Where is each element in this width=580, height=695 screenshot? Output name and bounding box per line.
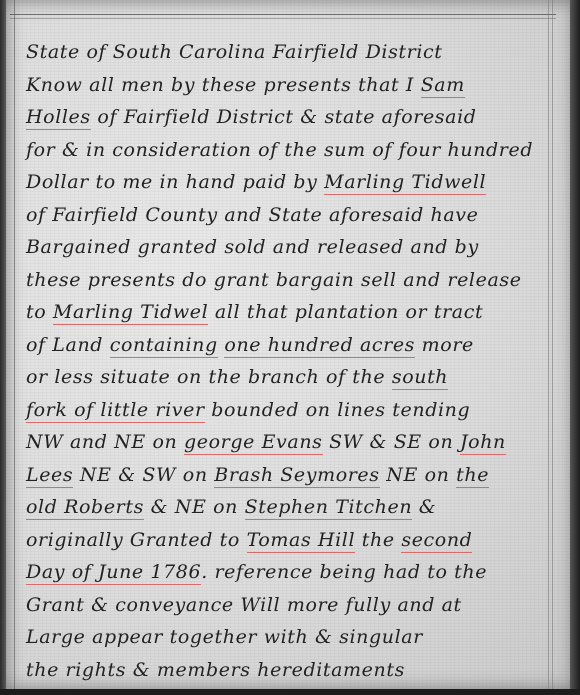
text-segment: all that plantation or tract <box>208 301 483 323</box>
text-line: Day of June 1786. reference being had to… <box>26 556 556 589</box>
text-line: for & in consideration of the sum of fou… <box>26 134 556 167</box>
text-segment: Know all men by these presents that I <box>26 74 421 96</box>
text-segment: the <box>355 529 401 551</box>
scan-right-edge <box>570 0 580 695</box>
text-line: originally Granted to Tomas Hill the sec… <box>26 524 556 557</box>
underlined-name: second <box>401 529 472 553</box>
text-line: or less situate on the branch of the sou… <box>26 361 556 394</box>
text-line: Grant & conveyance Will more fully and a… <box>26 589 556 622</box>
underlined-name: Day of June 1786 <box>26 561 201 585</box>
text-segment: SW & SE on <box>323 431 460 453</box>
underlined-name: containing <box>110 334 218 358</box>
underlined-name: Stephen Titchen <box>245 496 413 520</box>
text-line: Know all men by these presents that I Sa… <box>26 69 556 102</box>
underlined-name: Lees <box>26 464 73 488</box>
text-segment: NE & SW on <box>73 464 214 486</box>
text-line: of Land containing one hundred acres mor… <box>26 329 556 362</box>
text-segment: bounded on lines tending <box>205 399 471 421</box>
text-line: of Fairfield County and State aforesaid … <box>26 199 556 232</box>
scan-bottom-edge <box>0 689 580 695</box>
text-segment: to <box>26 301 53 323</box>
text-segment: Large appear together with & singular <box>26 626 423 648</box>
text-segment: Dollar to me in hand paid by <box>26 171 324 193</box>
text-segment: of Land <box>26 334 110 356</box>
top-ruled-line <box>10 14 556 15</box>
text-segment: or less situate on the branch of the <box>26 366 392 388</box>
text-segment: for & in consideration of the sum of fou… <box>26 139 533 161</box>
text-line: Holles of Fairfield District & state afo… <box>26 101 556 134</box>
text-line: to Marling Tidwel all that plantation or… <box>26 296 556 329</box>
text-segment: Bargained granted sold and released and … <box>26 236 479 258</box>
text-segment: . reference being had to the <box>201 561 487 583</box>
handwritten-text-block: State of South Carolina Fairfield Distri… <box>26 36 556 686</box>
document-page: State of South Carolina Fairfield Distri… <box>6 0 574 690</box>
underlined-name: Tomas Hill <box>247 529 356 553</box>
top-ruled-line-2 <box>10 18 556 19</box>
underlined-name: fork of little river <box>26 399 205 423</box>
text-line: the rights & members hereditaments <box>26 654 556 687</box>
text-segment: of Fairfield District & state aforesaid <box>91 106 477 128</box>
text-line: State of South Carolina Fairfield Distri… <box>26 36 556 69</box>
text-segment: NE on <box>380 464 457 486</box>
underlined-name: Marling Tidwell <box>324 171 486 195</box>
underlined-name: george Evans <box>184 431 323 455</box>
left-margin-rule <box>14 0 15 690</box>
text-line: old Roberts & NE on Stephen Titchen & <box>26 491 556 524</box>
text-segment: Grant & conveyance Will more fully and a… <box>26 594 462 616</box>
text-segment: more <box>415 334 474 356</box>
underlined-name: Brash Seymores <box>214 464 379 488</box>
text-line: Lees NE & SW on Brash Seymores NE on the <box>26 459 556 492</box>
text-segment: of Fairfield County and State aforesaid … <box>26 204 478 226</box>
text-segment: & NE on <box>144 496 245 518</box>
text-line: Dollar to me in hand paid by Marling Tid… <box>26 166 556 199</box>
underlined-name: Marling Tidwel <box>53 301 208 325</box>
underlined-name: Holles <box>26 106 91 130</box>
text-segment: these presents do grant bargain sell and… <box>26 269 522 291</box>
text-segment: State of South Carolina Fairfield Distri… <box>26 41 443 63</box>
text-line: these presents do grant bargain sell and… <box>26 264 556 297</box>
text-segment: NW and NE on <box>26 431 184 453</box>
underlined-name: the <box>456 464 489 488</box>
underlined-name: John <box>460 431 506 455</box>
text-line: Large appear together with & singular <box>26 621 556 654</box>
underlined-name: Sam <box>421 74 465 98</box>
text-line: fork of little river bounded on lines te… <box>26 394 556 427</box>
text-segment: the rights & members hereditaments <box>26 659 405 681</box>
underlined-name: old Roberts <box>26 496 144 520</box>
text-segment: & <box>412 496 436 518</box>
text-line: Bargained granted sold and released and … <box>26 231 556 264</box>
text-line: NW and NE on george Evans SW & SE on Joh… <box>26 426 556 459</box>
underlined-name: south <box>392 366 448 390</box>
underlined-name: one hundred acres <box>224 334 415 358</box>
text-segment: originally Granted to <box>26 529 247 551</box>
